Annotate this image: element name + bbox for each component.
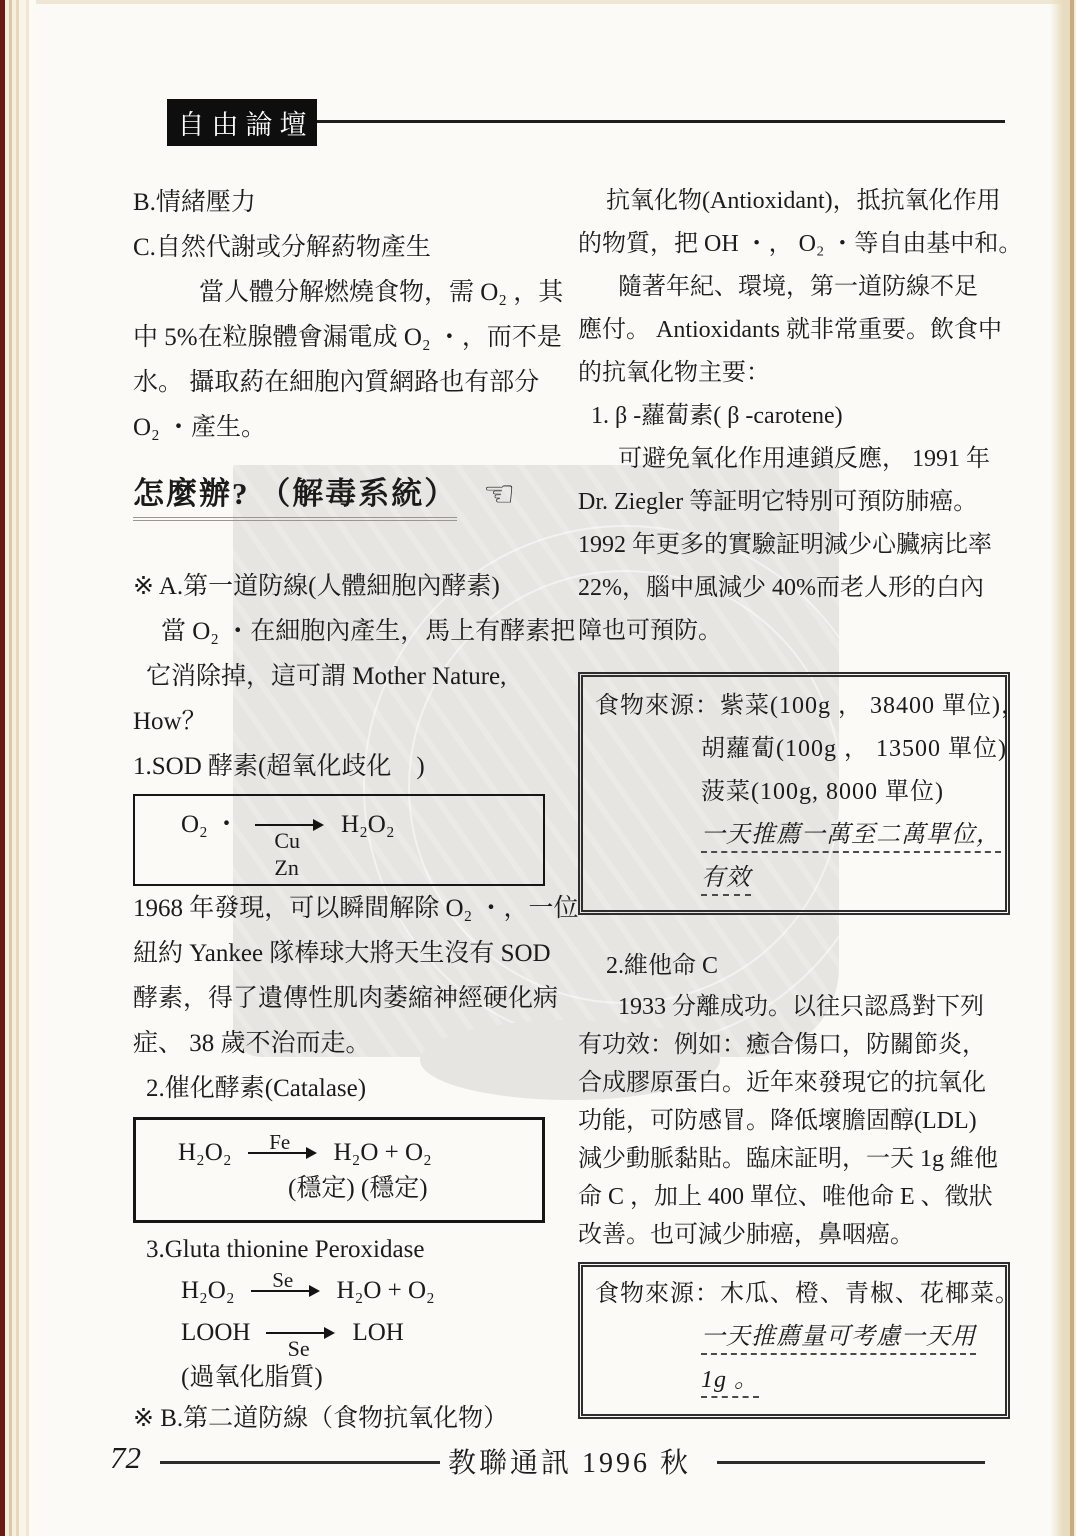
text-line: 當 O₂ ・在細胞內產生，馬上有酵素把 [133,609,569,654]
text-line: 症、 38 歲不治而走。 [133,1021,569,1066]
page-top-edge [0,0,1076,4]
pointing-hand-icon: ☜ [483,474,517,515]
reaction-equation: H₂O₂ Fe H₂O + O₂ [178,1138,542,1168]
text-line: 功能，可防感冒。降低壞膽固醇(LDL) [578,1102,1014,1140]
text-line: 22%，腦中風減少 40%而老人形的白內 [578,567,1014,610]
text-line: 合成膠原蛋白。近年來發現它的抗氧化 [578,1064,1014,1102]
right-column: 抗氧化物(Antioxidant)，抵抗氧化作用 的物質，把 OH ・， O₂ … [578,180,1014,1419]
journal-title: 教聯通訊 1996 秋 [448,1441,691,1481]
product: H₂O + O₂ [334,1138,432,1168]
food-source-line: 食物來源：紫菜(100g ， 38400 單位)， [595,685,999,728]
gluta-heading: 3.Gluta thionine Peroxidase [133,1227,569,1272]
text-line: 減少動脈黏貼。臨床証明，一天 1g 維他 [578,1140,1014,1178]
food-item: 菠菜(100g, 8000 單位) [595,771,999,814]
scanned-magazine-page: 自由論壇 B.情緒壓力 C.自然代謝或分解葯物產生 當人體分解燃燒食物，需 O₂… [0,0,1076,1536]
section-banner: 自由論壇 [167,99,317,146]
product: H₂O + O₂ [337,1276,435,1306]
catalyst-labels: Cu Zn [274,827,300,881]
section-heading-text: 怎麼辦? （解毒系統） [133,476,457,521]
text-line: C.自然代謝或分解葯物產生 [133,225,569,270]
text-line: How？ [133,699,569,744]
text-line: 水。 攝取葯在細胞內質網路也有部分 [133,360,569,405]
sod-reaction-box: O₂ ・ Cu Zn H₂O₂ [133,794,545,886]
reactant: LOOH [181,1318,250,1348]
reaction-arrow: Se [251,1276,321,1306]
catalyst: Cu [274,827,300,854]
text-line: 障也可預防。 [578,610,1014,653]
product: LOH [352,1318,403,1348]
reaction-arrow: Fe [248,1138,318,1168]
arrow-head [309,1285,320,1297]
reaction-equation: LOOH Se LOH [181,1318,569,1348]
reaction-equation: H₂O₂ Se H₂O + O₂ [181,1276,569,1306]
daily-recommendation: 1g 。 [595,1359,999,1402]
carotene-heading: 1. β -蘿蔔素( β -carotene) [578,395,1014,438]
defense-a-heading: ※ A.第一道防線(人體細胞內酵素) [133,564,569,609]
text-line: 1933 分離成功。以往只認爲對下列 [578,988,1014,1026]
section-heading: 怎麼辦? （解毒系統） ☜ [133,468,569,564]
arrow-line [255,824,315,826]
vitamin-c-food-source-box: 食物來源：木瓜、橙、青椒、花椰菜。 一天推薦量可考慮一天用 1g 。 [578,1262,1010,1419]
stability-note: (穩定) (穩定) [178,1168,542,1210]
reaction-arrow: Cu Zn [255,810,325,840]
arrow-head [306,1147,317,1159]
text-line: 應付。 Antioxidants 就非常重要。飲食中 [578,309,1014,352]
arrow-head [313,819,324,831]
text-line: 可避免氧化作用連鎖反應， 1991 年 [578,438,1014,481]
text-line: 的物質，把 OH ・， O₂ ・等自由基中和。 [578,223,1014,266]
catalase-heading: 2.催化酵素(Catalase) [133,1066,569,1111]
text-line: 紐約 Yankee 隊棒球大將天生沒有 SOD [133,931,569,976]
text-line: 1992 年更多的實驗証明減少心臟病比率 [578,524,1014,567]
text-line: B.情緒壓力 [133,180,569,225]
text-line: 命 C ，加上 400 單位、唯他命 E 、徵狀 [578,1178,1014,1216]
catalyst: Zn [274,854,300,881]
food-item: 紫菜(100g ， 38400 單位)， [720,693,1026,719]
footer-rule-left [160,1461,440,1464]
arrow-line [266,1332,326,1334]
reactant: H₂O₂ [178,1138,232,1168]
left-column: B.情緒壓力 C.自然代謝或分解葯物產生 當人體分解燃燒食物，需 O₂ ，其 中… [133,180,569,1441]
text-line: 1.SOD 酵素(超氧化歧化 ) [133,744,569,789]
lipid-peroxide-note: (過氧化脂質) [181,1360,569,1396]
catalase-reaction-box: H₂O₂ Fe H₂O + O₂ (穩定) (穩定) [133,1117,545,1223]
reaction-arrow: Se [266,1318,336,1348]
text-line: 中 5%在粒腺體會漏電成 O₂ ・，而不是 [133,315,569,360]
carotene-food-source-box: 食物來源：紫菜(100g ， 38400 單位)， 胡蘿蔔(100g ， 135… [578,672,1010,915]
text-line: 它消除掉，這可謂 Mother Nature, [133,654,569,699]
page-curl-edge [1050,0,1076,1536]
arrow-head [324,1327,335,1339]
book-spine-edge [0,0,36,1536]
text-line: 隨著年紀、環境，第一道防線不足 [578,266,1014,309]
vitamin-c-heading: 2.維他命 C [578,945,1014,988]
daily-recommendation: 有效 [595,857,999,900]
catalyst: Se [288,1335,310,1362]
catalyst-labels: Se [288,1335,310,1362]
text-line: 的抗氧化物主要： [578,352,1014,395]
text-line: 1968 年發現，可以瞬間解除 O₂ ・，一位 [133,886,569,931]
reactant: O₂ ・ [181,810,239,840]
header-rule [317,120,1005,123]
text-line: 改善。也可減少肺癌，鼻咽癌。 [578,1216,1014,1254]
text-line: 酵素，得了遺傳性肌肉萎縮神經硬化病 [133,976,569,1021]
footer-rule-right [717,1461,985,1464]
arrow-line [248,1152,308,1154]
text-line: O₂ ・產生。 [133,405,569,450]
catalyst: Se [272,1270,293,1291]
page-number: 72 [110,1440,141,1476]
reaction-equation: O₂ ・ Cu Zn H₂O₂ [181,810,543,840]
daily-recommendation: 一天推薦一萬至二萬單位， [595,814,999,857]
catalyst: Fe [269,1132,290,1153]
food-source-label: 食物來源： [595,693,720,719]
food-source-line: 食物來源：木瓜、橙、青椒、花椰菜。 [595,1273,999,1316]
peroxidase-reactions: H₂O₂ Se H₂O + O₂ LOOH Se LOH [133,1276,569,1396]
text-line: 抗氧化物(Antioxidant)，抵抗氧化作用 [578,180,1014,223]
product: H₂O₂ [341,810,395,840]
reactant: H₂O₂ [181,1276,235,1306]
food-item: 胡蘿蔔(100g ， 13500 單位) [595,728,999,771]
defense-b-heading: ※ B.第二道防線（食物抗氧化物） [133,1396,569,1441]
text-line: 有功效：例如：癒合傷口，防關節炎， [578,1026,1014,1064]
text-line: Dr. Ziegler 等証明它特別可預防肺癌。 [578,481,1014,524]
text-line: 當人體分解燃燒食物，需 O₂ ，其 [133,270,569,315]
arrow-line [251,1290,311,1292]
daily-recommendation: 一天推薦量可考慮一天用 [595,1316,999,1359]
